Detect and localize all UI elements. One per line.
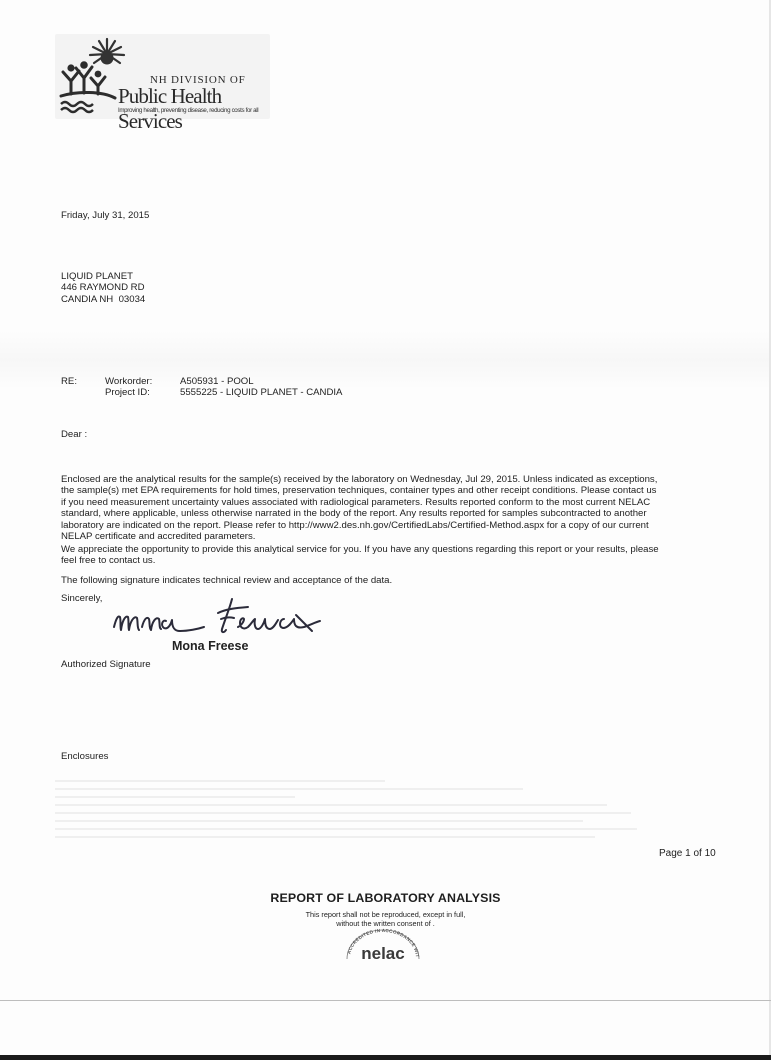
report-disclaimer: This report shall not be reproduced, exc… [0,910,771,928]
disclaimer-line-2: without the written consent of . [0,919,771,928]
reference-labels: Workorder: Project ID: [105,376,152,399]
body-paragraph-signature-note: The following signature indicates techni… [61,575,392,586]
recipient-name: LIQUID PLANET [61,271,145,282]
reference-values: A505931 - POOL 5555225 - LIQUID PLANET -… [180,376,342,399]
authorized-signature-label: Authorized Signature [61,659,151,670]
salutation: Dear : [61,429,87,440]
workorder-value: A505931 - POOL [180,376,342,387]
project-id-value: 5555225 - LIQUID PLANET - CANDIA [180,387,342,398]
letter-date: Friday, July 31, 2015 [61,210,149,221]
seal-text: nelac [361,944,404,962]
scanner-edge [0,1055,771,1060]
organization-tagline: Improving health, preventing disease, re… [118,107,258,114]
signer-name: Mona Freese [172,639,248,653]
recipient-city: CANDIA NH 03034 [61,294,145,305]
handwritten-signature [108,597,333,641]
recipient-address: LIQUID PLANET 446 RAYMOND RD CANDIA NH 0… [61,271,145,305]
bleed-through-text [55,780,655,865]
project-id-label: Project ID: [105,387,152,398]
workorder-label: Workorder: [105,376,152,387]
body-paragraph-results: Enclosed are the analytical results for … [61,474,661,542]
re-label: RE: [61,376,77,387]
nelac-seal-icon: ACCREDITED IN ACCORDANCE WITH nelac [342,928,424,962]
enclosures-label: Enclosures [61,751,108,762]
report-title-text: REPORT OF LABORATORY ANALYSIS [270,891,500,905]
disclaimer-line-1: This report shall not be reproduced, exc… [0,910,771,919]
report-title: REPORT OF LABORATORY ANALYSIS [0,891,771,905]
recipient-street: 446 RAYMOND RD [61,282,145,293]
closing: Sincerely, [61,593,102,604]
page-fold-line [0,1000,771,1001]
body-paragraph-appreciation: We appreciate the opportunity to provide… [61,544,661,567]
letterhead-logo: NH DIVISION OF Public Health Services Im… [55,34,270,119]
page-number: Page 1 of 10 [659,848,716,859]
